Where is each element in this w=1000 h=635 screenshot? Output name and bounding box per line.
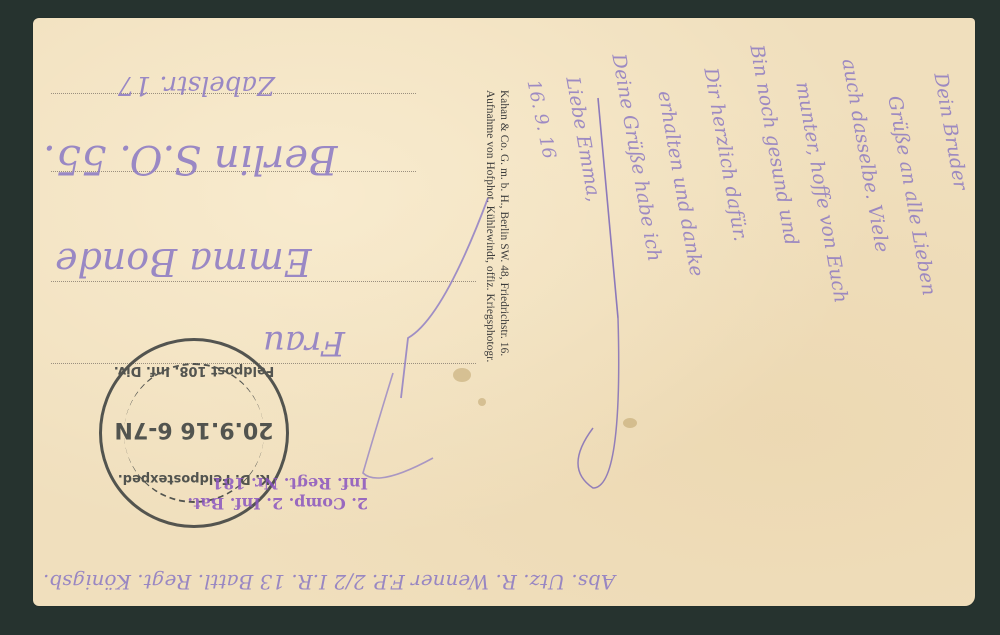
stain bbox=[478, 398, 486, 406]
postmark-ring-bottom: Feldpost 108. Inf. Div. bbox=[102, 363, 286, 378]
postmark-date: 20.9.16 6-7N bbox=[102, 417, 286, 442]
stain bbox=[453, 368, 471, 382]
postcard: Kahan & Co. G. m. b. H., Berlin SW. 48, … bbox=[33, 18, 975, 606]
stain bbox=[623, 418, 637, 428]
unit-stamp-line-1: 2. Comp. 2. Inf. Bat. bbox=[148, 493, 368, 513]
unit-stamp-line-2: Inf. Regt. Nr. 181 bbox=[148, 473, 368, 493]
unit-stamp: 2. Comp. 2. Inf. Bat. Inf. Regt. Nr. 181 bbox=[148, 473, 368, 513]
